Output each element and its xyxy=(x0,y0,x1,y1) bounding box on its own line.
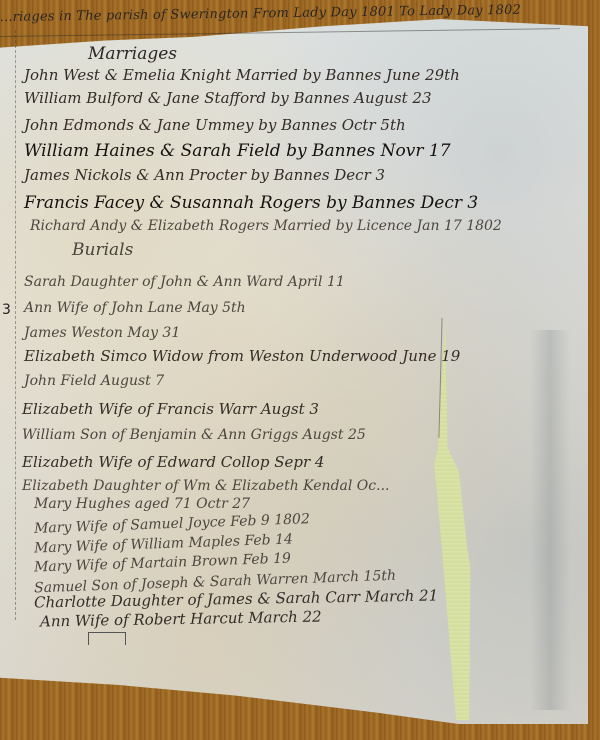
burial-entry: Elizabeth Wife of Francis Warr Augst 3 xyxy=(22,400,319,418)
marriage-entry: James Nickols & Ann Procter by Bannes De… xyxy=(24,166,385,184)
marriage-entry: John West & Emelia Knight Married by Ban… xyxy=(24,66,460,84)
fold-shadow xyxy=(530,330,570,710)
marriages-heading: Marriages xyxy=(88,44,177,64)
marriage-entry: William Bulford & Jane Stafford by Banne… xyxy=(24,89,432,107)
pencil-mark xyxy=(88,632,126,645)
margin-number: 3 xyxy=(2,302,11,318)
burial-entry: Mary Hughes aged 71 Octr 27 xyxy=(34,496,250,512)
marriage-entry: Richard Andy & Elizabeth Rogers Married … xyxy=(30,218,502,234)
margin-rule xyxy=(15,30,16,620)
burial-entry: William Son of Benjamin & Ann Griggs Aug… xyxy=(22,427,366,443)
burial-entry: Sarah Daughter of John & Ann Ward April … xyxy=(24,274,345,290)
marriage-entry: John Edmonds & Jane Ummey by Bannes Octr… xyxy=(24,116,406,134)
burial-entry: Elizabeth Wife of Edward Collop Sepr 4 xyxy=(22,453,324,471)
burial-entry: Elizabeth Daughter of Wm & Elizabeth Ken… xyxy=(22,478,389,494)
burials-heading: Burials xyxy=(72,240,133,260)
burial-entry: Ann Wife of John Lane May 5th xyxy=(24,300,246,316)
burial-entry: James Weston May 31 xyxy=(24,325,180,341)
marriage-entry: William Haines & Sarah Field by Bannes N… xyxy=(24,141,451,161)
marriage-entry: Francis Facey & Susannah Rogers by Banne… xyxy=(24,193,478,213)
burial-entry: John Field August 7 xyxy=(24,373,164,389)
burial-entry: Elizabeth Simco Widow from Weston Underw… xyxy=(24,347,460,365)
